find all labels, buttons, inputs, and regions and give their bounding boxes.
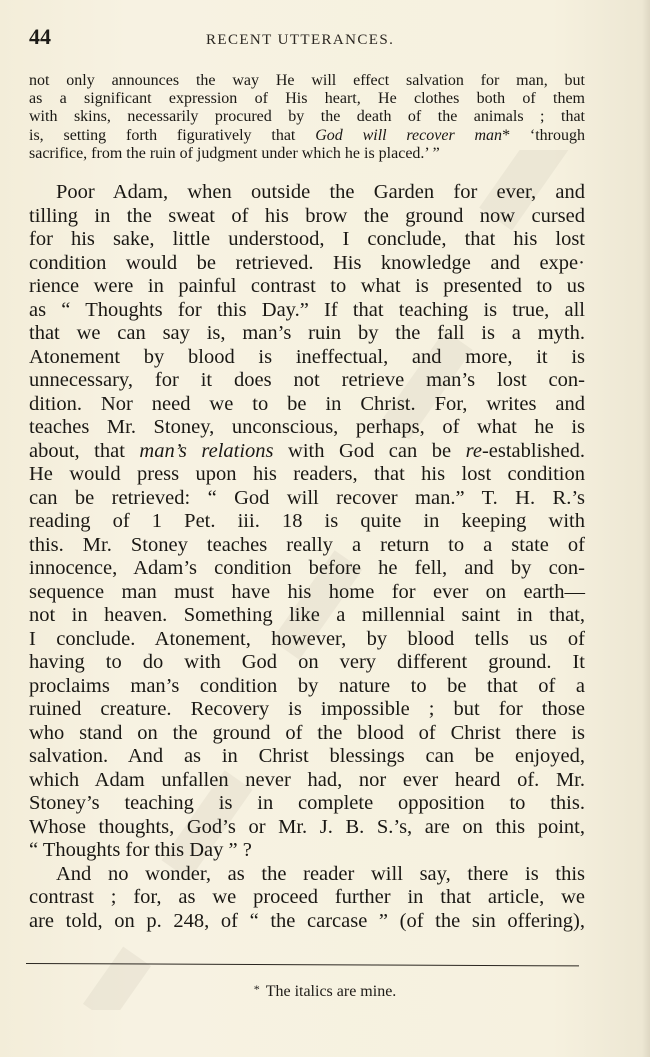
text-line: reading of 1 Pet. iii. 18 is quite in ke…	[29, 510, 585, 534]
footnote-marker: *	[502, 127, 510, 144]
text-line: sequence man must have his home for ever…	[29, 581, 585, 605]
page-number: 44	[29, 24, 51, 50]
text-line: is, setting forth figuratively that God …	[29, 127, 585, 145]
italic-emphasis: God will recover man	[315, 127, 502, 144]
text-segment: ‘through	[510, 127, 585, 144]
text-line: contrast ; for, as we proceed further in…	[29, 886, 585, 910]
text-line: as “ Thoughts for this Day.” If that tea…	[29, 299, 585, 323]
paragraph-poor-adam: Poor Adam, when outside the Garden for e…	[29, 181, 585, 863]
text-line: that we can say is, man’s ruin by the fa…	[29, 322, 585, 346]
text-line: dition. Nor need we to be in Christ. For…	[29, 393, 585, 417]
italic-emphasis: man’s relations	[139, 440, 273, 462]
text-line: teaches Mr. Stoney, unconscious, perhaps…	[29, 416, 585, 440]
text-line: with skins, necessarily procured by the …	[29, 108, 585, 126]
text-line: ruined creature. Recovery is impossible …	[29, 698, 585, 722]
text-line: And no wonder, as the reader will say, t…	[29, 863, 585, 887]
text-line: who stand on the ground of the blood of …	[29, 722, 585, 746]
footnote-text: The italics are mine.	[266, 983, 397, 1000]
text-line: which Adam unfallen never had, nor ever …	[29, 769, 585, 793]
text-line: condition would be retrieved. His knowle…	[29, 252, 585, 276]
quoted-passage: not only announces the way He will effec…	[29, 72, 585, 163]
text-line: for his sake, little understood, I concl…	[29, 228, 585, 252]
text-segment: with God can be	[274, 440, 466, 462]
text-line: sacrifice, from the ruin of judgment und…	[29, 145, 585, 163]
text-line: as a significant expression of His heart…	[29, 90, 585, 108]
text-line: rience were in painful contrast to what …	[29, 275, 585, 299]
text-line: innocence, Adam’s condition before he fe…	[29, 557, 585, 581]
page-body: not only announces the way He will effec…	[29, 72, 585, 933]
text-line: Atonement by blood is ineffectual, and m…	[29, 346, 585, 370]
text-line: Whose thoughts, God’s or Mr. J. B. S.’s,…	[29, 816, 585, 840]
paragraph-and-no-wonder: And no wonder, as the reader will say, t…	[29, 863, 585, 934]
text-line: “ Thoughts for this Day ” ?	[29, 839, 585, 863]
text-line: not only announces the way He will effec…	[29, 72, 585, 90]
page-edge-shadow	[642, 0, 650, 1057]
text-line: not in heaven. Something like a millenni…	[29, 604, 585, 628]
text-line: unnecessary, for it does not retrieve ma…	[29, 369, 585, 393]
text-line: are told, on p. 248, of “ the carcase ” …	[29, 910, 585, 934]
text-line: Stoney’s teaching is in complete opposit…	[29, 792, 585, 816]
running-head: RECENT UTTERANCES.	[206, 32, 394, 49]
text-line: salvation. And as in Christ blessings ca…	[29, 745, 585, 769]
text-line: I conclude. Atonement, however, by blood…	[29, 628, 585, 652]
text-line: Poor Adam, when outside the Garden for e…	[29, 181, 585, 205]
page-header: 44 RECENT UTTERANCES.	[29, 24, 610, 54]
footnote-marker: *	[254, 982, 260, 996]
text-segment: about, that	[29, 440, 139, 462]
italic-emphasis: re	[466, 440, 482, 462]
footnote: *The italics are mine.	[0, 982, 650, 1001]
text-line: can be retrieved: “ God will recover man…	[29, 487, 585, 511]
text-line: about, that man’s relations with God can…	[29, 440, 585, 464]
text-segment: -established.	[482, 440, 585, 462]
text-line: He would press upon his readers, that hi…	[29, 463, 585, 487]
text-line: tilling in the sweat of his brow the gro…	[29, 205, 585, 229]
text-segment: is, setting forth figuratively that	[29, 127, 295, 144]
text-line: this. Mr. Stoney teaches really a return…	[29, 534, 585, 558]
text-line: having to do with God on very different …	[29, 651, 585, 675]
text-line: proclaims man’s condition by nature to b…	[29, 675, 585, 699]
